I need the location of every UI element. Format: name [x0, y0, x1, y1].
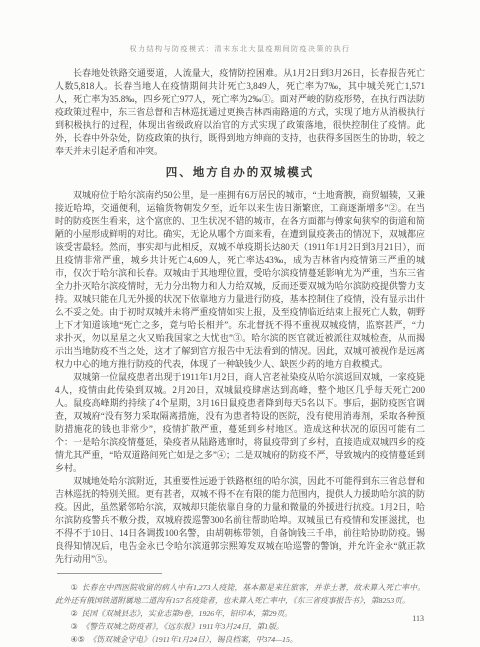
paragraph-shuangcheng-aid: 双城地处哈尔滨附近，其重要性远逊于铁路枢纽的哈尔滨，因此不可能得到东三省总督和吉…	[55, 475, 425, 566]
footnote-2: ②民国《双城县志》，实业志第9卷，1926年，铅印本，第29页。	[55, 607, 425, 620]
paragraph-shuangcheng-overview: 双城府位于哈尔滨南约50公里，是一座拥有6万居民的城市，“土地膏腴，商贸辐辏，又…	[55, 189, 425, 371]
footnote-3: ③《警告双城之防疫者》，《远东报》1911年3月24日，第1版。	[55, 620, 425, 633]
footnote-4-5: ④⑤《饬双城金守电》（1911年1月24日），锡良档案，甲374—15。	[55, 633, 425, 646]
footnotes-section: ①长春在中西医院收留的病人中有1,273人疫毙，基本都是来往旅客，并非土著，故未…	[55, 573, 425, 646]
footnote-3-marker: ③	[71, 622, 78, 631]
footnote-1-marker: ①	[71, 583, 78, 592]
section-heading: 四、地方自办的双城模式	[55, 167, 425, 180]
paragraph-changchun: 长春地处铁路交通要道，人流量大，疫情防控困难。从1月2日到3月26日，长春报告死…	[55, 67, 425, 158]
footnote-1-text: 长春在中西医院收留的病人中有1,273人疫毙，基本都是来往旅客，并非土著，故未算…	[55, 583, 425, 605]
running-head: 权力结构与防疫模式：清末东北大鼠疫期间防疫决策的执行	[55, 44, 425, 54]
page-number: 113	[412, 614, 424, 623]
scanned-page: 权力结构与防疫模式：清末东北大鼠疫期间防疫决策的执行 长春地处铁路交通要道，人流…	[0, 0, 480, 647]
footnote-2-marker: ②	[71, 609, 78, 618]
footnote-3-text: 《警告双城之防疫者》，《远东报》1911年3月24日，第1版。	[82, 622, 284, 631]
footnote-4-5-text: 《饬双城金守电》（1911年1月24日），锡良档案，甲374—15。	[89, 635, 298, 644]
footnote-4-5-marker: ④⑤	[71, 635, 85, 644]
footnote-divider	[57, 573, 162, 574]
footnote-1: ①长春在中西医院收留的病人中有1,273人疫毙，基本都是来往旅客，并非土著，故未…	[55, 581, 425, 607]
paragraph-shuangcheng-outbreak: 双城第一位鼠疫患者出现于1911年1月2日，商人宫老祉染疫从哈尔滨返回双城，一家…	[55, 371, 425, 475]
article-body: 长春地处铁路交通要道，人流量大，疫情防控困难。从1月2日到3月26日，长春报告死…	[55, 67, 425, 566]
footnote-2-text: 民国《双城县志》，实业志第9卷，1926年，铅印本，第29页。	[82, 609, 293, 618]
